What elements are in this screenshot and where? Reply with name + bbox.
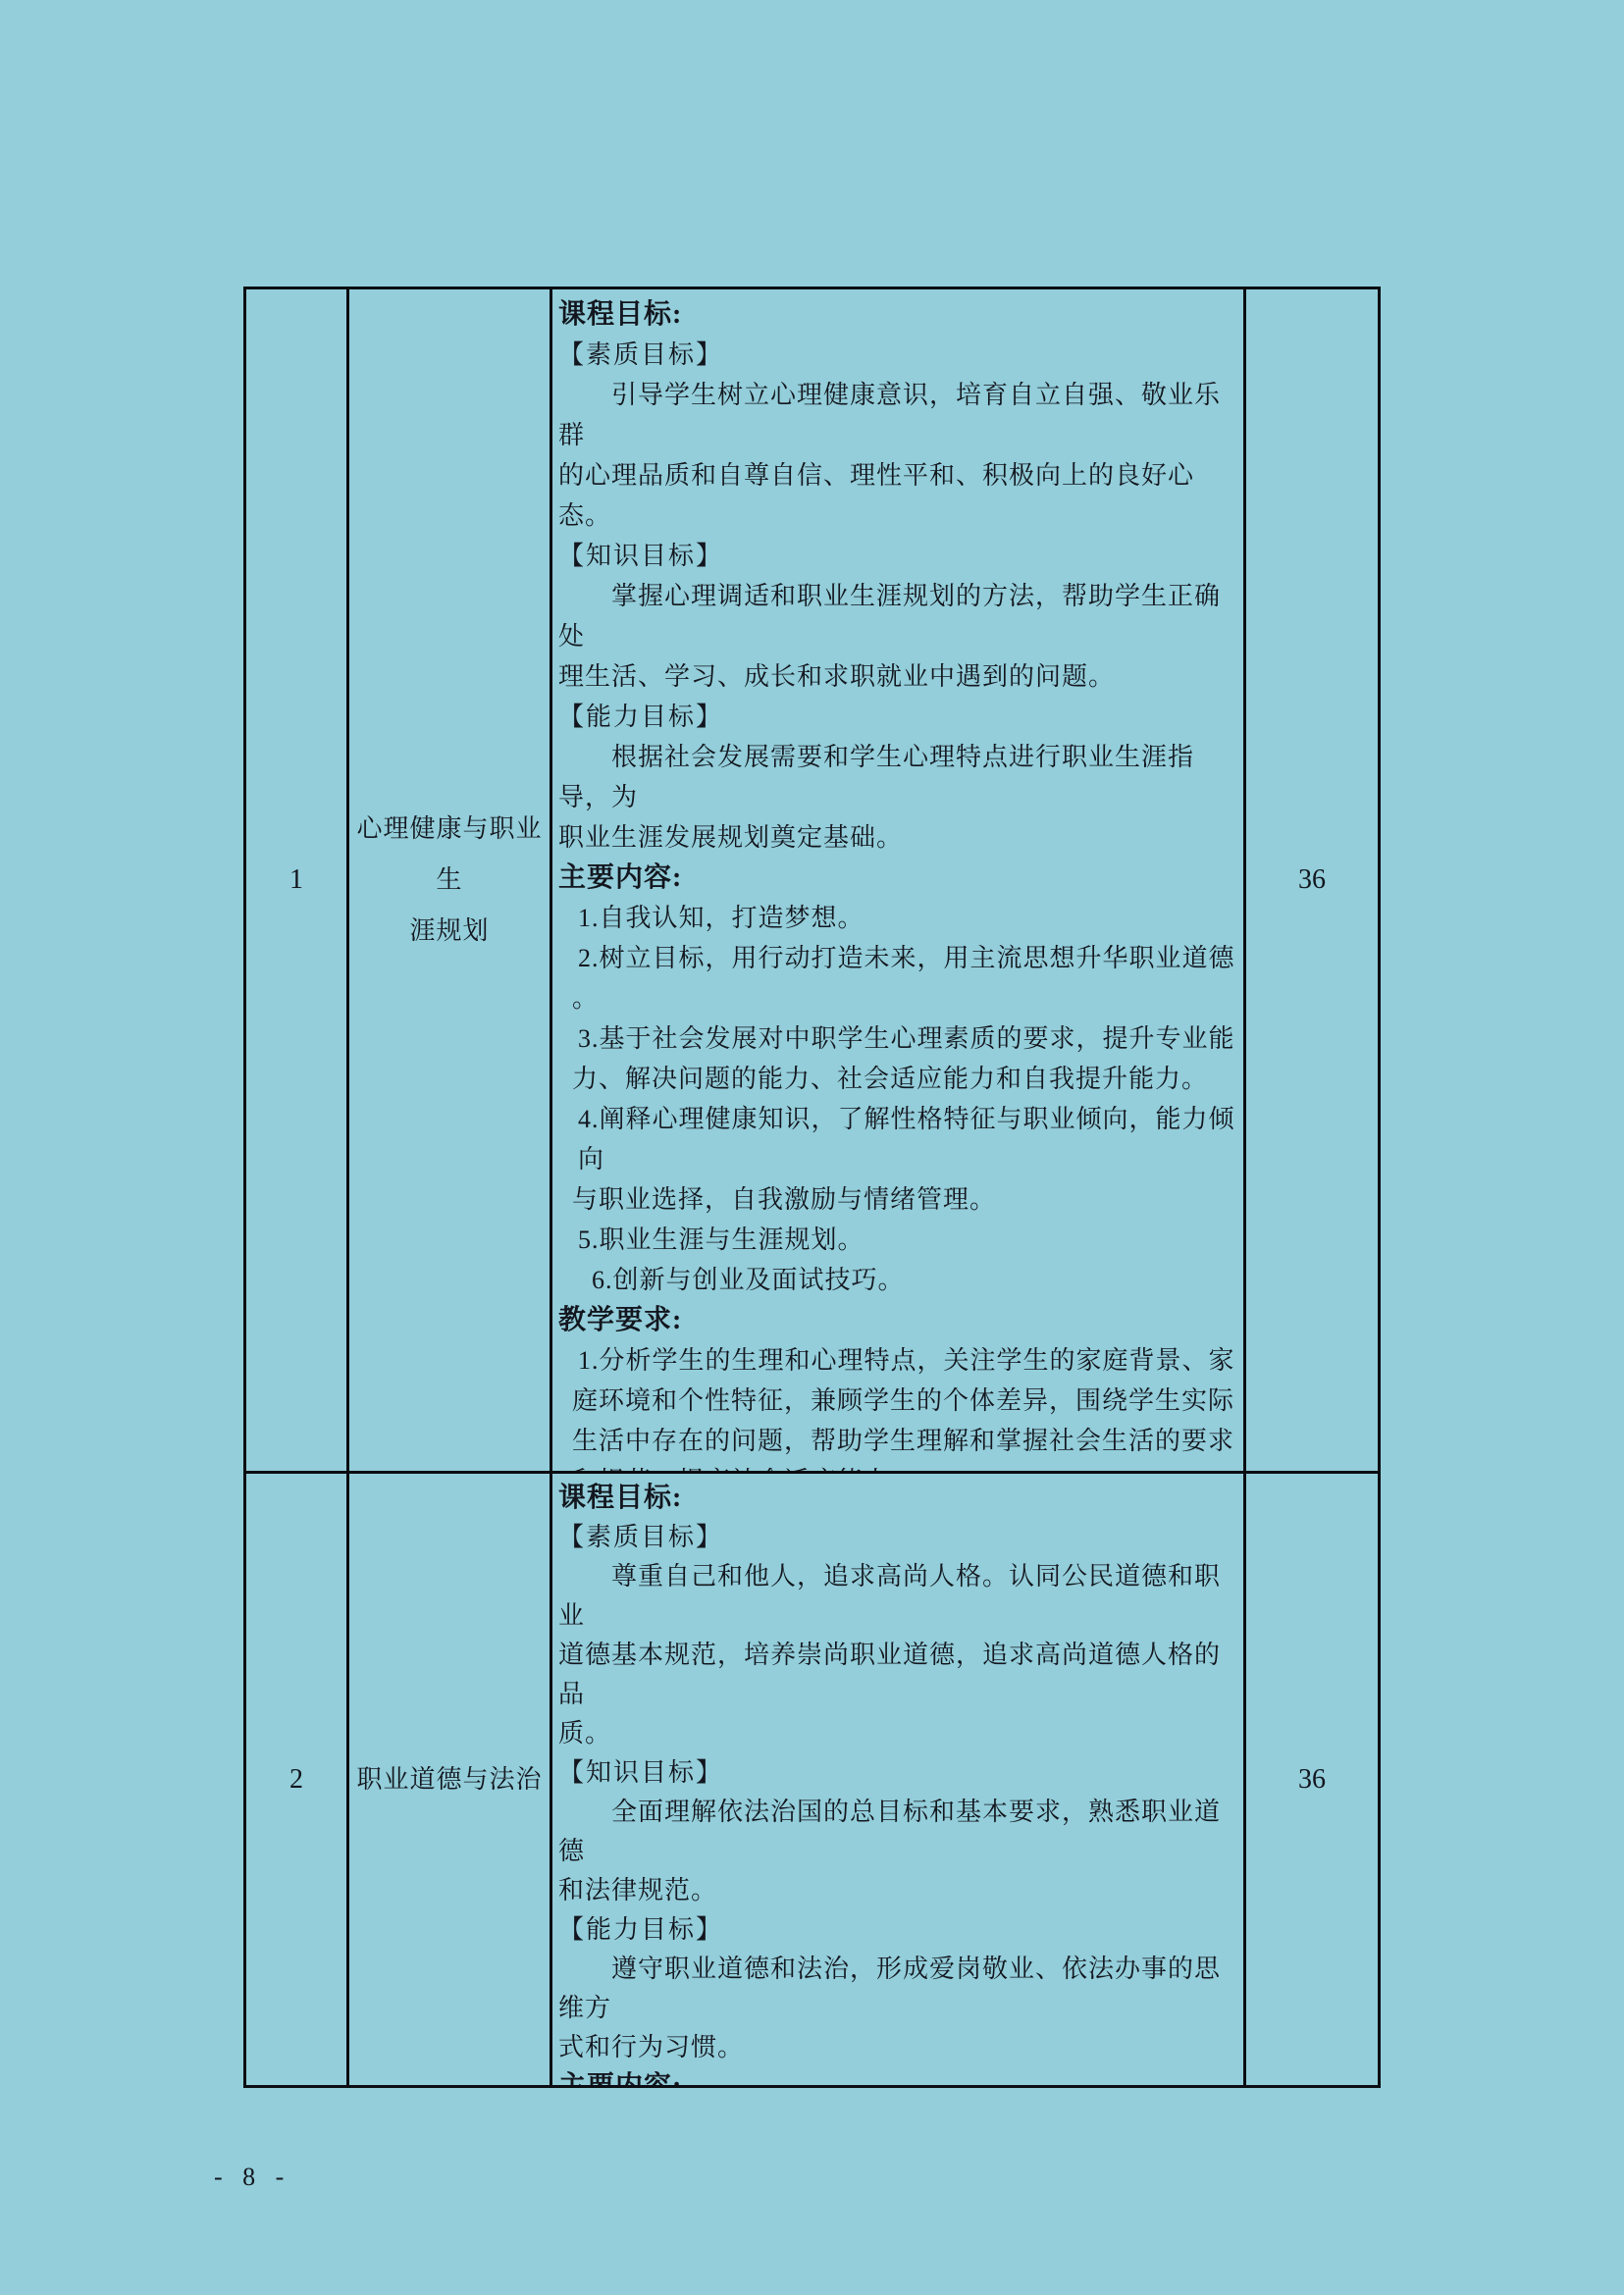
content-line: 主要内容: [558,2067,1237,2085]
content-line: 【知识目标】 [558,1753,1237,1793]
course-name-line: 职业道德与法治 [356,1754,542,1805]
row-index-cell: 2 [246,1474,349,2085]
content-line: 道德基本规范，培养崇尚职业道德，追求高尚道德人格的品 [558,1636,1237,1714]
course-name-line: 心理健康与职业生 [349,804,550,906]
content-line: 4.阐释心理健康知识，了解性格特征与职业倾向，能力倾向 [558,1099,1237,1179]
content-line: 【能力目标】 [558,1910,1237,1950]
content-line: 和法律规范。 [558,1871,1237,1910]
course-name-cell: 职业道德与法治 [349,1474,552,2085]
content-line: 【素质目标】 [558,335,1237,375]
content-line: 式和行为习惯。 [558,2028,1237,2067]
content-line: 主要内容: [558,858,1237,898]
content-line: 质。 [558,1714,1237,1753]
content-line: 1.分析学生的生理和心理特点，关注学生的家庭背景、家 [558,1340,1237,1381]
content-line: 1.自我认知，打造梦想。 [558,898,1237,938]
content-cell: 课程目标:【素质目标】尊重自己和他人，追求高尚人格。认同公民道德和职业道德基本规… [552,1474,1246,2085]
content-line: 和规范，提高社会适应能力。 [558,1461,1237,1471]
content-line: 。 [558,978,1237,1018]
content-line: 理生活、学习、成长和求职就业中遇到的问题。 [558,656,1237,697]
document-page: 1心理健康与职业生涯规划课程目标:【素质目标】引导学生树立心理健康意识，培育自立… [0,0,1624,2295]
hours-cell: 36 [1246,1474,1378,2085]
table-row: 2职业道德与法治课程目标:【素质目标】尊重自己和他人，追求高尚人格。认同公民道德… [246,1471,1378,2085]
content-line: 【知识目标】 [558,536,1237,576]
content-line: 【素质目标】 [558,1518,1237,1557]
page-number: - 8 - [214,2163,290,2192]
content-line: 3.基于社会发展对中职学生心理素质的要求，提升专业能 [558,1018,1237,1059]
content-line: 庭环境和个性特征，兼顾学生的个体差异，围绕学生实际 [558,1381,1237,1421]
content-line: 【能力目标】 [558,697,1237,737]
content-line: 生活中存在的问题，帮助学生理解和掌握社会生活的要求 [558,1421,1237,1461]
content-line: 根据社会发展需要和学生心理特点进行职业生涯指导，为 [558,737,1237,817]
content-line: 职业生涯发展规划奠定基础。 [558,817,1237,858]
content-line: 5.职业生涯与生涯规划。 [558,1220,1237,1260]
content-line: 6.创新与创业及面试技巧。 [558,1260,1237,1300]
content-line: 2.树立目标，用行动打造未来，用主流思想升华职业道德 [558,938,1237,978]
content-line: 课程目标: [558,1479,1237,1518]
content-line: 遵守职业道德和法治，形成爱岗敬业、依法办事的思维方 [558,1950,1237,2028]
content-line: 力、解决问题的能力、社会适应能力和自我提升能力。 [558,1059,1237,1099]
content-line: 引导学生树立心理健康意识，培育自立自强、敬业乐群 [558,375,1237,455]
content-line: 与职业选择，自我激励与情绪管理。 [558,1179,1237,1220]
content-line: 的心理品质和自尊自信、理性平和、积极向上的良好心态。 [558,455,1237,536]
content-line: 尊重自己和他人，追求高尚人格。认同公民道德和职业 [558,1557,1237,1636]
content-line: 课程目标: [558,294,1237,335]
course-name-cell: 心理健康与职业生涯规划 [349,289,552,1471]
row-index-cell: 1 [246,289,349,1471]
content-cell: 课程目标:【素质目标】引导学生树立心理健康意识，培育自立自强、敬业乐群的心理品质… [552,289,1246,1471]
curriculum-table: 1心理健康与职业生涯规划课程目标:【素质目标】引导学生树立心理健康意识，培育自立… [243,287,1381,2088]
content-line: 全面理解依法治国的总目标和基本要求，熟悉职业道德 [558,1793,1237,1871]
course-name-line: 涯规划 [409,906,489,957]
table-row: 1心理健康与职业生涯规划课程目标:【素质目标】引导学生树立心理健康意识，培育自立… [246,289,1378,1471]
hours-cell: 36 [1246,289,1378,1471]
content-line: 教学要求: [558,1300,1237,1340]
content-line: 掌握心理调适和职业生涯规划的方法，帮助学生正确处 [558,576,1237,656]
